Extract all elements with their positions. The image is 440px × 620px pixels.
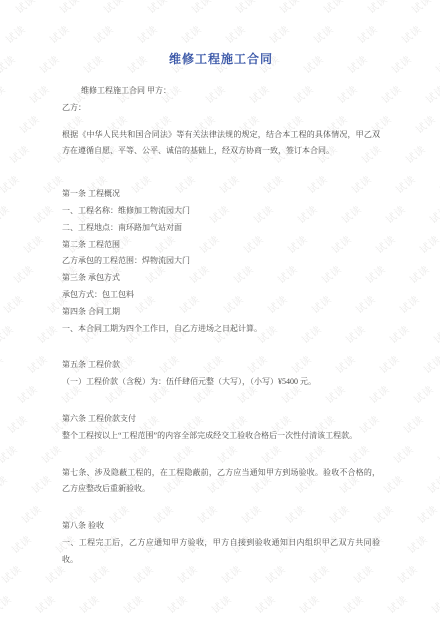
watermark-text: 试读 [252, 591, 278, 617]
doc-line: 第四条 合同工期 [62, 304, 380, 321]
watermark-text: 试读 [18, 501, 44, 527]
watermark-text: 试读 [296, 591, 322, 617]
watermark-text: 试读 [430, 321, 440, 347]
watermark-text: 试读 [26, 81, 52, 107]
doc-line: 整个工程按以上“工程范围”的内容全部完成经交工验收合格后一次性付清该工程款。 [62, 428, 380, 445]
watermark-text: 试读 [0, 291, 26, 317]
doc-line: 第一条 工程概况 [62, 186, 380, 203]
watermark-text: 试读 [38, 441, 64, 467]
watermark-text: 试读 [406, 261, 432, 287]
watermark-text: 试读 [416, 231, 440, 257]
doc-line: 第五条 工程价款 [62, 357, 380, 374]
watermark-text: 试读 [436, 171, 440, 197]
watermark-text: 试读 [392, 171, 418, 197]
watermark-text: 试读 [434, 441, 440, 467]
watermark-text: 试读 [0, 321, 16, 347]
doc-line: 第七条、涉及隐蔽工程的，在工程隐蔽前，乙方应当通知甲方到场验收。验收不合格的，乙… [62, 465, 380, 499]
watermark-text: 试读 [222, 21, 248, 47]
watermark-text: 试读 [386, 321, 412, 347]
watermark-text: 试读 [8, 531, 34, 557]
watermark-text: 试读 [6, 141, 32, 167]
watermark-text: 试读 [34, 321, 60, 347]
watermark-text: 试读 [310, 21, 336, 47]
watermark-text: 试读 [388, 51, 414, 77]
watermark-text: 试读 [14, 381, 40, 407]
watermark-text: 试读 [36, 51, 62, 77]
doc-line: 二、工程地点：南环路加气站对面 [62, 220, 380, 237]
watermark-text: 试读 [164, 591, 190, 617]
watermark-text: 试读 [0, 171, 22, 197]
watermark-text: 试读 [276, 0, 302, 16]
doc-line: 第六条 工程价款支付 [62, 411, 380, 428]
watermark-text: 试读 [188, 0, 214, 16]
doc-line: 一、本合同工期为四个工作日，自乙方进场之日起计算。 [62, 321, 380, 338]
doc-line: 一、工程完工后，乙方应通知甲方验收，甲方自接到验收通知日内组织甲乙双方共同验收。 [62, 535, 380, 569]
watermark-text: 试读 [354, 21, 380, 47]
document-page: 试读试读试读试读试读试读试读试读试读试读试读试读试读试读试读试读试读试读试读试读… [0, 0, 440, 620]
watermark-text: 试读 [266, 21, 292, 47]
watermark-text: 试读 [400, 411, 426, 437]
doc-line: 第八条 验收 [62, 518, 380, 535]
doc-line: 第三条 承包方式 [62, 270, 380, 287]
watermark-text: 试读 [412, 111, 438, 137]
watermark-text: 试读 [208, 591, 234, 617]
contract-document: 维修工程施工合同 维修工程施工合同 甲方：乙方：根据《中华人民共和国合同法》等有… [62, 52, 380, 569]
doc-line: 乙方： [62, 100, 380, 117]
watermark-text: 试读 [0, 81, 8, 107]
watermark-text: 试读 [364, 0, 390, 16]
watermark-text: 试读 [398, 21, 424, 47]
watermark-text: 试读 [178, 21, 204, 47]
watermark-text: 试读 [0, 231, 2, 257]
watermark-text: 试读 [16, 111, 42, 137]
doc-line: （一）工程价款（含税）为：伍仟肆佰元整（大写），（小写）¥5400 元。 [62, 374, 380, 391]
watermark-text: 试读 [380, 471, 406, 497]
watermark-text: 试读 [100, 0, 126, 16]
document-title: 维修工程施工合同 [62, 52, 380, 66]
watermark-text: 试读 [4, 411, 30, 437]
watermark-text: 试读 [28, 471, 54, 497]
watermark-text: 试读 [404, 531, 430, 557]
watermark-text: 试读 [0, 561, 24, 587]
watermark-text: 试读 [0, 591, 14, 617]
watermark-text: 试读 [432, 51, 440, 77]
watermark-text: 试读 [46, 21, 72, 47]
watermark-text: 试读 [384, 591, 410, 617]
watermark-text: 试读 [414, 501, 440, 527]
watermark-text: 试读 [394, 561, 420, 587]
document-body: 维修工程施工合同 甲方：乙方：根据《中华人民共和国合同法》等有关法律法规的规定，… [62, 83, 380, 569]
watermark-text: 试读 [428, 591, 440, 617]
watermark-text: 试读 [90, 21, 116, 47]
watermark-text: 试读 [390, 441, 416, 467]
watermark-text: 试读 [422, 81, 440, 107]
watermark-text: 试读 [396, 291, 422, 317]
watermark-text: 试读 [76, 591, 102, 617]
watermark-text: 试读 [0, 201, 12, 227]
watermark-text: 试读 [382, 201, 408, 227]
watermark-text: 试读 [410, 381, 436, 407]
watermark-text: 试读 [0, 51, 18, 77]
watermark-text: 试读 [20, 231, 46, 257]
doc-line: 承包方式：包工包料 [62, 287, 380, 304]
watermark-text: 试读 [144, 0, 170, 16]
watermark-text: 试读 [378, 81, 404, 107]
watermark-text: 试读 [2, 21, 28, 47]
watermark-text: 试读 [426, 201, 440, 227]
watermark-text: 试读 [30, 201, 56, 227]
watermark-text: 试读 [424, 471, 440, 497]
doc-line: 根据《中华人民共和国合同法》等有关法律法规的规定，结合本工程的具体情况，甲乙双方… [62, 127, 380, 161]
doc-line: 第二条 工程范围 [62, 237, 380, 254]
watermark-text: 试读 [10, 261, 36, 287]
watermark-text: 试读 [408, 0, 434, 16]
watermark-text: 试读 [56, 0, 82, 16]
doc-line: 维修工程施工合同 甲方： [62, 83, 380, 100]
doc-line: 一、工程名称：维修加工物流园大门 [62, 203, 380, 220]
watermark-text: 试读 [134, 21, 160, 47]
watermark-text: 试读 [420, 351, 440, 377]
watermark-text: 试读 [0, 351, 6, 377]
doc-line: 乙方承包的工程范围：焊物流园大门 [62, 253, 380, 270]
watermark-text: 试读 [340, 591, 366, 617]
watermark-text: 试读 [402, 141, 428, 167]
watermark-text: 试读 [24, 351, 50, 377]
watermark-text: 试读 [0, 471, 10, 497]
watermark-text: 试读 [120, 591, 146, 617]
watermark-text: 试读 [0, 441, 20, 467]
watermark-text: 试读 [12, 0, 38, 16]
watermark-text: 试读 [232, 0, 258, 16]
watermark-text: 试读 [320, 0, 346, 16]
watermark-text: 试读 [32, 591, 58, 617]
